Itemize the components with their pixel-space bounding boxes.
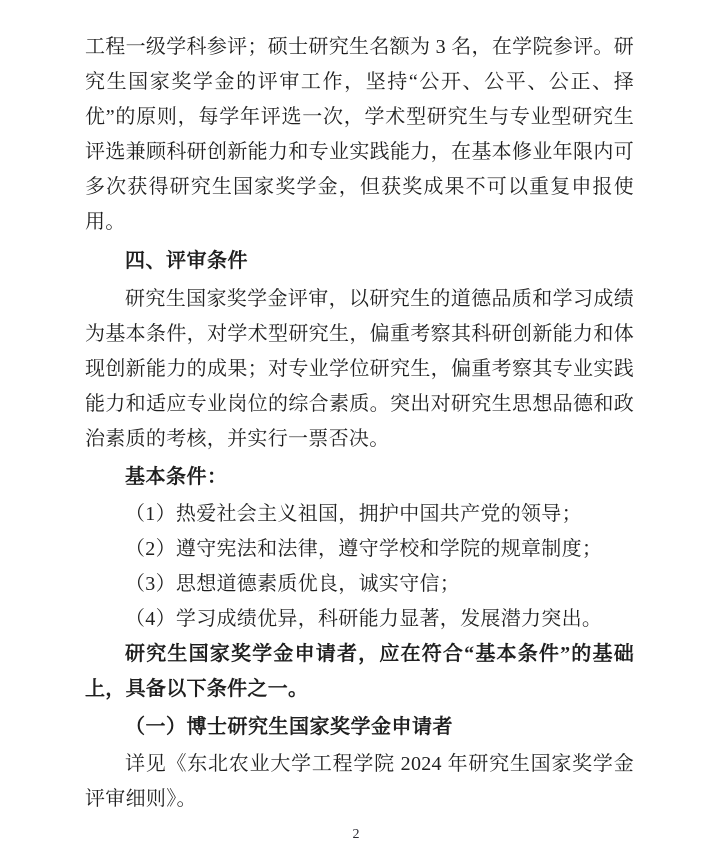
section-heading-review-conditions: 四、评审条件 [85, 244, 634, 279]
document-body: 工程一级学科参评；硕士研究生名额为 3 名，在学院参评。研究生国家奖学金的评审工… [85, 30, 634, 817]
paragraph-continuation: 工程一级学科参评；硕士研究生名额为 3 名，在学院参评。研究生国家奖学金的评审工… [85, 30, 634, 240]
sub-heading-basic-conditions: 基本条件： [85, 460, 634, 495]
page-number: 2 [0, 827, 712, 843]
list-item-4: （4）学习成绩优异，科研能力显著，发展潜力突出。 [85, 602, 634, 637]
sub-heading-doctoral-applicants: （一）博士研究生国家奖学金申请者 [85, 710, 634, 745]
list-item-3: （3）思想道德素质优良，诚实守信； [85, 567, 634, 602]
paragraph-applicant-requirement: 研究生国家奖学金申请者，应在符合“基本条件”的基础上，具备以下条件之一。 [85, 637, 634, 707]
paragraph-review-criteria: 研究生国家奖学金评审，以研究生的道德品质和学习成绩为基本条件，对学术型研究生，偏… [85, 282, 634, 457]
document-page: 工程一级学科参评；硕士研究生名额为 3 名，在学院参评。研究生国家奖学金的评审工… [0, 0, 712, 860]
list-item-2: （2）遵守宪法和法律，遵守学校和学院的规章制度； [85, 532, 634, 567]
paragraph-see-details: 详见《东北农业大学工程学院 2024 年研究生国家奖学金评审细则》。 [85, 747, 634, 817]
list-item-1: （1）热爱社会主义祖国，拥护中国共产党的领导； [85, 497, 634, 532]
